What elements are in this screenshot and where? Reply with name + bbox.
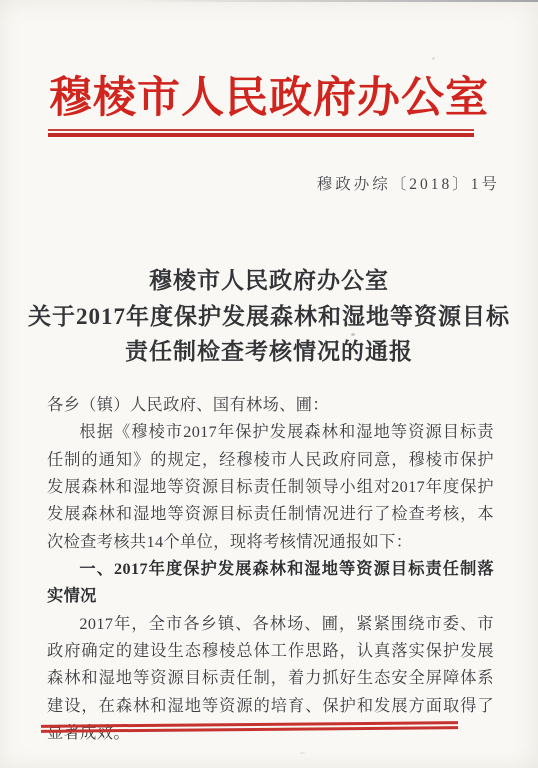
letterhead-divider-thin-line [48, 129, 474, 131]
paragraph-intro: 根据《穆棱市2017年保护发展森林和湿地等资源目标责任制的通知》的规定，经穆棱市… [47, 419, 494, 556]
document-number: 穆政办综〔2018〕1号 [317, 172, 500, 194]
document-title-line-1: 穆棱市人民政府办公室 [0, 263, 538, 299]
document-title-line-2: 关于2017年度保护发展森林和湿地等资源目标 [0, 299, 538, 335]
document-body: 各乡（镇）人民政府、国有林场、圃： 根据《穆棱市2017年保护发展森林和湿地等资… [47, 392, 494, 747]
letterhead-org-name: 穆棱市人民政府办公室 [0, 64, 538, 125]
scan-speck [300, 752, 305, 754]
document-title-line-3: 责任制检查考核情况的通报 [0, 334, 538, 370]
section-heading-1: 一、2017年度保护发展森林和湿地等资源目标责任制落实情况 [47, 556, 494, 611]
letterhead-divider-thick-line [48, 133, 474, 137]
scan-speck [351, 333, 355, 336]
document-title: 穆棱市人民政府办公室 关于2017年度保护发展森林和湿地等资源目标 责任制检查考… [0, 263, 538, 370]
document-page: 穆棱市人民政府办公室 穆政办综〔2018〕1号 穆棱市人民政府办公室 关于201… [0, 0, 538, 768]
salutation-line: 各乡（镇）人民政府、国有林场、圃： [47, 392, 494, 419]
letterhead-divider [48, 129, 474, 137]
scan-speck [432, 57, 435, 60]
scan-edge-artifact [130, 0, 538, 2]
